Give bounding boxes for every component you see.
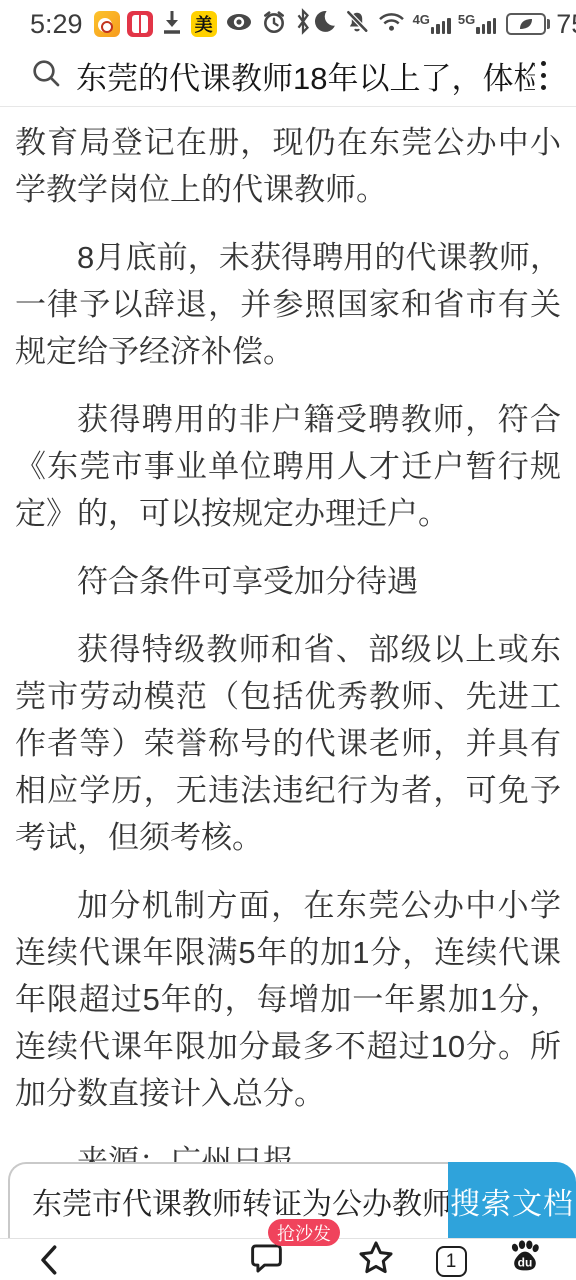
- status-bar: 5:29 美 4G 5G: [0, 0, 576, 44]
- signal-4g-icon: 4G: [413, 14, 451, 34]
- baidu-paw-icon: du: [505, 1237, 545, 1277]
- tabs-button[interactable]: 1: [432, 1246, 470, 1277]
- alarm-icon: [261, 9, 287, 40]
- article-body: 教育局登记在册，现仍在东莞公办中小学教学岗位上的代课教师。 8月底前，未获得聘用…: [0, 108, 576, 1206]
- wifi-icon: [377, 10, 406, 38]
- favorite-button[interactable]: [353, 1239, 399, 1277]
- back-chevron-icon: [36, 1243, 64, 1277]
- paragraph: 获得特级教师和省、部级以上或东莞市劳动模范（包括优秀教师、先进工作者等）荣誉称号…: [15, 626, 561, 861]
- status-right: 4G 5G 75%: [312, 9, 576, 40]
- weibo-icon: [94, 11, 120, 37]
- back-button[interactable]: [28, 1243, 72, 1277]
- more-menu-icon[interactable]: [535, 57, 552, 94]
- moon-icon: [312, 9, 337, 39]
- clock-time: 5:29: [30, 9, 83, 40]
- red-book-icon: [127, 11, 153, 37]
- paragraph: 获得聘用的非户籍受聘教师，符合《东莞市事业单位聘用人才迁户暂行规定》的，可以按规…: [15, 396, 561, 537]
- baidu-home-button[interactable]: du: [502, 1237, 548, 1277]
- paragraph: 教育局登记在册，现仍在东莞公办中小学教学岗位上的代课教师。: [15, 119, 561, 213]
- doc-search-input[interactable]: 东莞市代课教师转证为公办教师4月1: [8, 1162, 448, 1240]
- bluetooth-icon: [294, 8, 312, 40]
- download-icon: [160, 9, 184, 40]
- search-query-text[interactable]: 东莞的代课教师18年以上了，体检…: [76, 53, 535, 98]
- status-left: 5:29 美: [30, 8, 312, 40]
- eye-icon: [224, 10, 254, 39]
- search-doc-button[interactable]: 搜索文档: [448, 1162, 576, 1240]
- star-icon: [356, 1239, 396, 1277]
- search-icon: [30, 57, 62, 94]
- meituan-icon: 美: [191, 11, 217, 37]
- paragraph: 8月底前，未获得聘用的代课教师，一律予以辞退，并参照国家和省市有关规定给予经济补…: [15, 234, 561, 375]
- signal-5g-icon: 5G: [458, 14, 496, 34]
- tab-count: 1: [436, 1246, 467, 1277]
- svg-text:du: du: [518, 1256, 533, 1270]
- search-header: 东莞的代课教师18年以上了，体检…: [0, 44, 576, 107]
- paragraph: 符合条件可享受加分待遇: [15, 558, 561, 605]
- paragraph: 加分机制方面，在东莞公办中小学连续代课年限满5年的加1分，连续代课年限超过5年的…: [15, 882, 561, 1117]
- battery-percent: 75%: [556, 9, 576, 40]
- comment-badge: 抢沙发: [268, 1219, 340, 1246]
- battery-leaf-icon: [506, 13, 546, 35]
- bell-off-icon: [344, 9, 370, 40]
